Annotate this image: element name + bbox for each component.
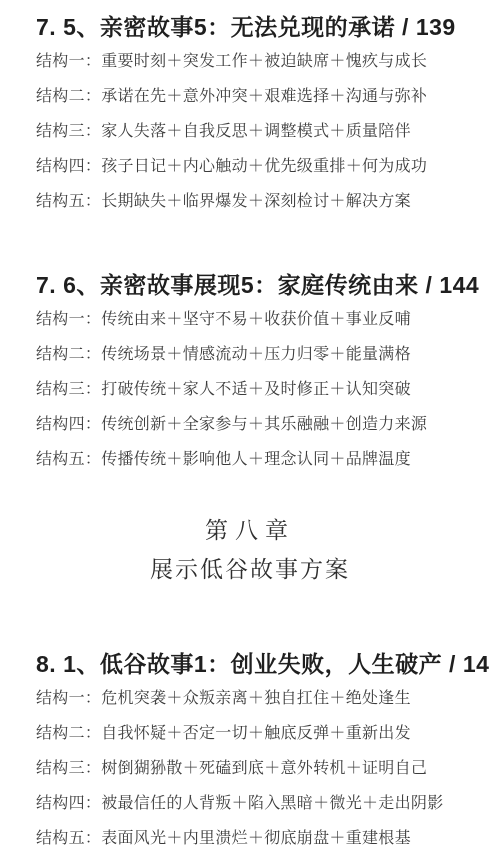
structure-row-1: 结构一：重要时刻＋突发工作＋被迫缺席＋愧疚与成长: [36, 44, 464, 79]
structure-text: 传统场景＋情感流动＋压力归零＋能量满格: [101, 346, 411, 363]
structure-text: 危机突袭＋众叛亲离＋独自扛住＋绝处逢生: [101, 690, 411, 707]
structure-row-3: 结构三：树倒猢狲散＋死磕到底＋意外转机＋证明自己: [36, 751, 464, 786]
structure-row-5: 结构五：传播传统＋影响他人＋理念认同＋品牌温度: [36, 442, 464, 477]
structure-label: 结构三：: [36, 123, 101, 140]
structure-label: 结构二：: [36, 725, 101, 742]
structure-row-4: 结构四：被最信任的人背叛＋陷入黑暗＋微光＋走出阴影: [36, 786, 464, 821]
structure-row-1: 结构一：传统由来＋坚守不易＋收获价值＋事业反哺: [36, 302, 464, 337]
structure-row-2: 结构二：传统场景＋情感流动＋压力归零＋能量满格: [36, 337, 464, 372]
structure-label: 结构三：: [36, 381, 101, 398]
structure-label: 结构一：: [36, 690, 101, 707]
structure-row-3: 结构三：家人失落＋自我反思＋调整模式＋质量陪伴: [36, 114, 464, 149]
structure-label: 结构五：: [36, 193, 101, 210]
chapter-number-line: 第八章: [36, 511, 464, 550]
structure-row-5: 结构五：表面风光＋内里溃烂＋彻底崩盘＋重建根基: [36, 821, 464, 856]
structure-row-4: 结构四：孩子日记＋内心触动＋优先级重排＋何为成功: [36, 149, 464, 184]
structure-text: 长期缺失＋临界爆发＋深刻检讨＋解决方案: [101, 193, 411, 210]
structure-row-5: 结构五：长期缺失＋临界爆发＋深刻检讨＋解决方案: [36, 184, 464, 219]
structure-row-2: 结构二：承诺在先＋意外冲突＋艰难选择＋沟通与弥补: [36, 79, 464, 114]
structure-text: 被最信任的人背叛＋陷入黑暗＋微光＋走出阴影: [101, 795, 443, 812]
structure-text: 自我怀疑＋否定一切＋触底反弹＋重新出发: [101, 725, 411, 742]
structure-label: 结构一：: [36, 311, 101, 328]
structure-row-4: 结构四：传统创新＋全家参与＋其乐融融＋创造力来源: [36, 407, 464, 442]
structure-label: 结构二：: [36, 88, 101, 105]
structure-row-3: 结构三：打破传统＋家人不适＋及时修正＋认知突破: [36, 372, 464, 407]
section-8-1: 8. 1、低谷故事1：创业失败，人生破产 / 148 结构一：危机突袭＋众叛亲离…: [36, 649, 464, 856]
structure-text: 打破传统＋家人不适＋及时修正＋认知突破: [101, 381, 411, 398]
structure-label: 结构二：: [36, 346, 101, 363]
structure-row-2: 结构二：自我怀疑＋否定一切＋触底反弹＋重新出发: [36, 716, 464, 751]
structure-label: 结构四：: [36, 416, 101, 433]
section-heading-7-5: 7. 5、亲密故事5：无法兑现的承诺 / 139: [36, 12, 464, 42]
section-heading-8-1: 8. 1、低谷故事1：创业失败，人生破产 / 148: [36, 649, 464, 679]
structure-label: 结构五：: [36, 830, 101, 847]
structure-text: 传统创新＋全家参与＋其乐融融＋创造力来源: [101, 416, 427, 433]
structure-label: 结构四：: [36, 795, 101, 812]
structure-text: 传统由来＋坚守不易＋收获价值＋事业反哺: [101, 311, 411, 328]
structure-label: 结构三：: [36, 760, 101, 777]
structure-label: 结构四：: [36, 158, 101, 175]
toc-document-page: 7. 5、亲密故事5：无法兑现的承诺 / 139 结构一：重要时刻＋突发工作＋被…: [0, 0, 490, 862]
structure-label: 结构一：: [36, 53, 101, 70]
section-7-5: 7. 5、亲密故事5：无法兑现的承诺 / 139 结构一：重要时刻＋突发工作＋被…: [36, 12, 464, 219]
structure-text: 孩子日记＋内心触动＋优先级重排＋何为成功: [101, 158, 427, 175]
structure-text: 承诺在先＋意外冲突＋艰难选择＋沟通与弥补: [101, 88, 427, 105]
structure-row-1: 结构一：危机突袭＋众叛亲离＋独自扛住＋绝处逢生: [36, 681, 464, 716]
chapter-heading-block: 第八章 展示低谷故事方案: [36, 511, 464, 589]
structure-text: 重要时刻＋突发工作＋被迫缺席＋愧疚与成长: [101, 53, 427, 70]
section-7-6: 7. 6、亲密故事展现5：家庭传统由来 / 144 结构一：传统由来＋坚守不易＋…: [36, 270, 464, 477]
structure-text: 传播传统＋影响他人＋理念认同＋品牌温度: [101, 451, 411, 468]
section-heading-7-6: 7. 6、亲密故事展现5：家庭传统由来 / 144: [36, 270, 464, 300]
structure-text: 树倒猢狲散＋死磕到底＋意外转机＋证明自己: [101, 760, 427, 777]
structure-label: 结构五：: [36, 451, 101, 468]
structure-text: 表面风光＋内里溃烂＋彻底崩盘＋重建根基: [101, 830, 411, 847]
chapter-title-line: 展示低谷故事方案: [36, 550, 464, 589]
structure-text: 家人失落＋自我反思＋调整模式＋质量陪伴: [101, 123, 411, 140]
